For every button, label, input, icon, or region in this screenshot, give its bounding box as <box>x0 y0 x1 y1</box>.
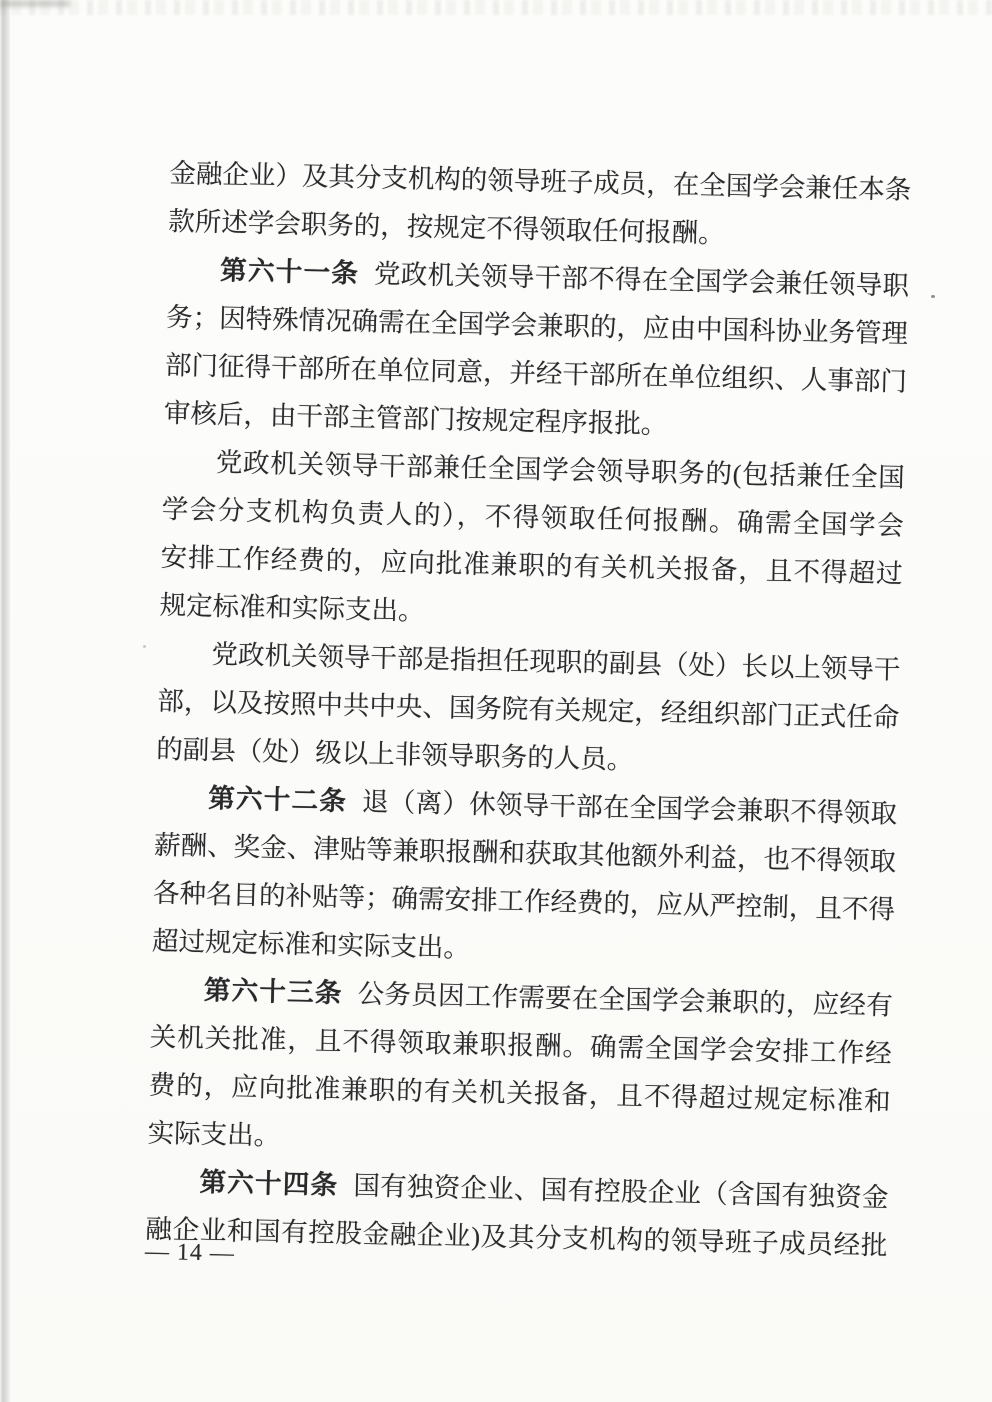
line-text: 审核后，由干部主管部门按规定程序报批。 <box>164 398 668 439</box>
scan-smudge <box>0 0 70 7</box>
article-number: 第六十三条 <box>204 975 344 1008</box>
line-text: 的副县（处）级以上非领导职务的人员。 <box>156 734 634 775</box>
scan-speck <box>931 295 935 298</box>
scan-noise-band <box>0 0 992 15</box>
scan-edge-strip <box>0 0 10 1402</box>
line-text: 党政机关领导干部不得在全国学会兼任领导职 <box>374 259 910 301</box>
line-text: 学会分支机构负责人的），不得领取任何报酬。确需全国学会 <box>161 494 903 541</box>
line-text: 实际支出。 <box>147 1118 280 1151</box>
line-text: 公务员因工作需要在全国学会兼职的，应经有 <box>357 978 893 1020</box>
line-text: 规定标准和实际支出。 <box>159 590 425 626</box>
line-text: 部，以及按照中共中央、国务院有关规定，经组织部门正式任命 <box>157 686 899 733</box>
line-text: 部门征得干部所在单位同意，并经干部所在单位组织、人事部门 <box>165 350 907 397</box>
line-text: 融企业和国有控股金融企业)及其分支机构的领导班子成员经批 <box>145 1214 887 1261</box>
line-text: 党政机关领导干部是指担任现职的副县（处）长以上领导干 <box>211 639 901 685</box>
article-number: 第六十一条 <box>220 255 360 288</box>
line-text: 各种名目的补贴等；确需安排工作经费的，应从严控制，且不得 <box>153 878 895 925</box>
line-text: 关机关批准，且不得领取兼职报酬。确需全国学会安排工作经 <box>150 1022 892 1069</box>
line-text: 薪酬、奖金、津贴等兼职报酬和获取其他额外利益，也不得领取 <box>154 830 896 877</box>
line-text: 安排工作经费的，应向批准兼职的有关机关报备，且不得超过 <box>160 542 902 589</box>
line-text: 款所述学会职务的，按规定不得领取任何报酬。 <box>168 206 725 249</box>
line-text: 国有独资企业、国有控股企业（含国有独资金 <box>353 1170 889 1212</box>
line-text: 退（离）休领导干部在全国学会兼职不得领取 <box>362 787 898 829</box>
scan-speck <box>143 645 146 648</box>
line-text: 党政机关领导干部兼任全国学会领导职务的(包括兼任全国 <box>216 447 906 493</box>
line-text: 金融企业）及其分支机构的领导班子成员，在全国学会兼任本条 <box>169 158 911 205</box>
line-text: 超过规定标准和实际支出。 <box>152 926 471 963</box>
line-text: 费的，应向批准兼职的有关机关报备，且不得超过规定标准和 <box>148 1070 890 1117</box>
article-number: 第六十四条 <box>199 1167 339 1200</box>
article-number: 第六十二条 <box>208 783 348 816</box>
line-text: 务；因特殊情况确需在全国学会兼职的，应由中国科协业务管理 <box>166 302 908 349</box>
document-text-block: 金融企业）及其分支机构的领导班子成员，在全国学会兼任本条 款所述学会职务的，按规… <box>145 149 912 1282</box>
